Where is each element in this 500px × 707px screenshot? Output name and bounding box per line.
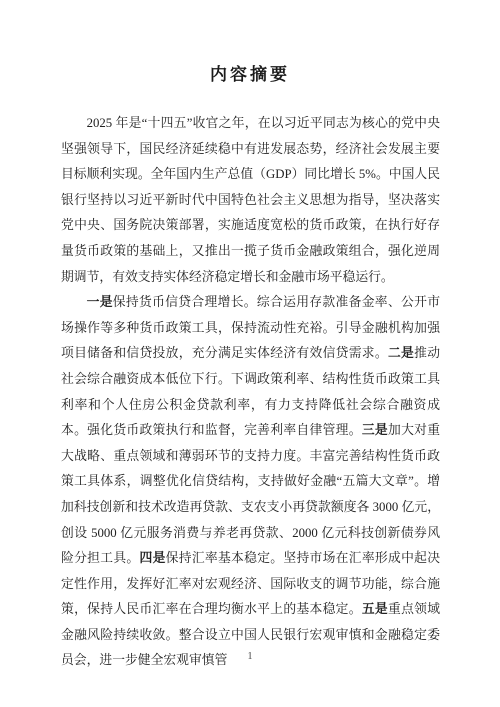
page-title: 内容摘要 bbox=[0, 60, 500, 85]
paragraph: 一是保持货币信贷合理增长。综合运用存款准备金率、公开市场操作等多种货币政策工具，… bbox=[61, 290, 440, 674]
bold-text-segment: 四是 bbox=[139, 551, 165, 565]
bold-text-segment: 三是 bbox=[362, 423, 388, 437]
bold-text-segment: 一是 bbox=[87, 295, 113, 309]
document-page: 内容摘要 2025 年是“十四五”收官之年，在以习近平同志为核心的党中央坚强领导… bbox=[0, 0, 500, 707]
text-segment: 2025 年是“十四五”收官之年，在以习近平同志为核心的党中央坚强领导下，国民经… bbox=[61, 116, 440, 284]
bold-text-segment: 五是 bbox=[362, 602, 388, 616]
page-number: 1 bbox=[0, 651, 500, 662]
bold-text-segment: 二是 bbox=[388, 346, 414, 360]
document-body: 2025 年是“十四五”收官之年，在以习近平同志为核心的党中央坚强领导下，国民经… bbox=[61, 111, 440, 674]
text-segment: 加大对重大战略、重点领域和薄弱环节的支持力度。丰富完善结构性货币政策工具体系，调… bbox=[61, 423, 440, 565]
text-segment: 保持货币信贷合理增长。综合运用存款准备金率、公开市场操作等多种货币政策工具，保持… bbox=[61, 295, 440, 360]
paragraph: 2025 年是“十四五”收官之年，在以习近平同志为核心的党中央坚强领导下，国民经… bbox=[61, 111, 440, 290]
